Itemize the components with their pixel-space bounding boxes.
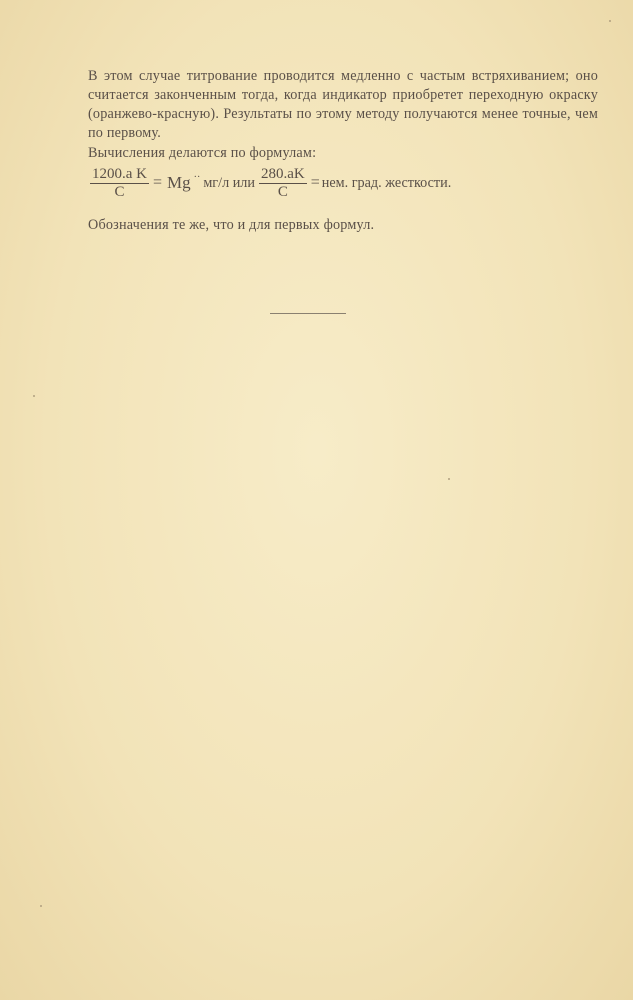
fraction-denominator: C [114, 184, 124, 201]
equals-sign: = [153, 174, 162, 192]
paper-speck [448, 478, 450, 480]
fraction-mg: 1200.a K C [90, 165, 149, 201]
result-text: нем. град. жесткости. [322, 175, 452, 192]
paper-speck [609, 20, 611, 22]
unit-text: мг/л или [203, 175, 255, 192]
fraction-numerator: 1200.a K [90, 165, 149, 184]
paper-speck [40, 905, 42, 907]
book-page: В этом случае титрование проводится медл… [0, 0, 633, 1000]
fraction-numerator: 280.aK [259, 165, 307, 184]
fraction-german-degrees: 280.aK C [259, 165, 307, 201]
paper-speck [33, 395, 35, 397]
fraction-denominator: C [278, 184, 288, 201]
paragraph-titration-method: В этом случае титрование проводится медл… [88, 67, 598, 143]
paragraph-calculations-intro: Вычисления делаются по формулам: [88, 144, 598, 163]
equals-sign: = [311, 174, 320, 192]
ion-charge: ·· [194, 172, 201, 183]
hardness-formula: 1200.a K C = Mg ·· мг/л или 280.aK C = н… [88, 165, 451, 201]
section-divider [270, 313, 346, 314]
paragraph-notation: Обозначения те же, что и для первых форм… [88, 216, 598, 235]
ion-symbol: Mg [167, 173, 191, 193]
